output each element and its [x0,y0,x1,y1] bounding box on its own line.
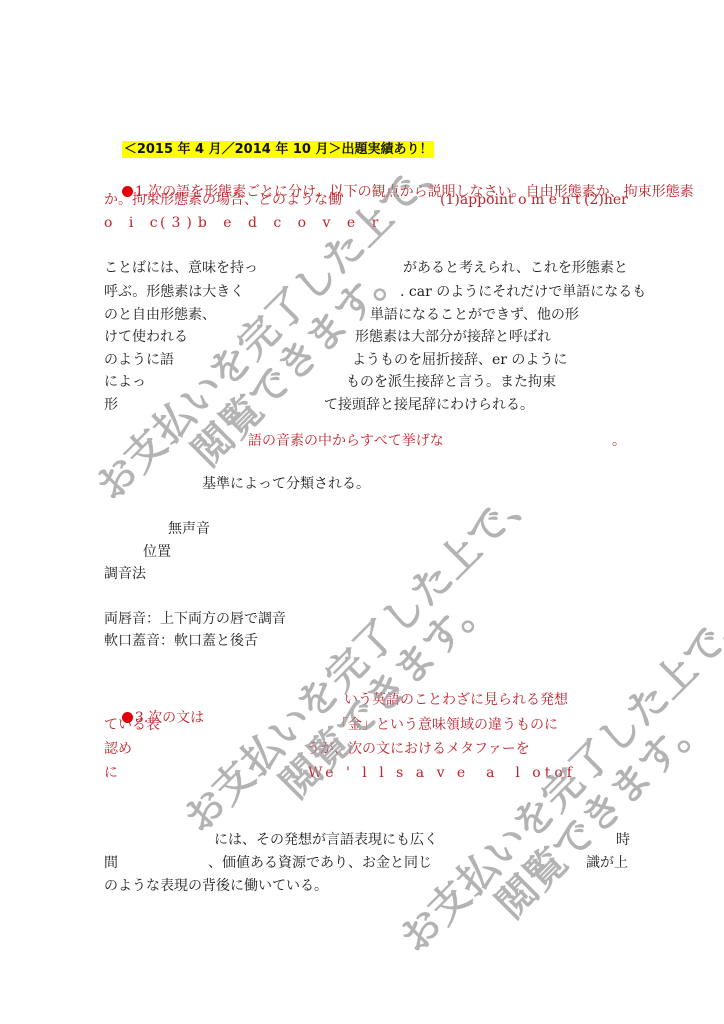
answer-3-line-1: には、その発想が言語表現にも広く [214,831,438,849]
answer-1-line-6-right: ものを派生接辞と言う。また拘束 [346,373,556,391]
answer-3-line-1-end: 時 [616,831,630,849]
question-1-word-2: (2)her [584,191,628,209]
question-3-example-sentence: We ' l l s a v e a l otof [308,764,576,782]
answer-3-line-2-left: 間 [104,854,118,872]
answer-1-line-3-right: 単語になることができず、他の形 [370,306,579,324]
question-3-line-1-right: いう英語のことわざに見られる発想 [344,691,568,709]
answer-1-line-7-right: て接頭辞と接尾辞にわけられる。 [324,396,534,414]
answer-2-def-bilabial: 両唇音：上下両方の唇で調音 [104,610,286,628]
answer-2-item-manner: 調音法 [104,565,146,583]
answer-3-line-2-mid: 、価値ある資源であり、お金と同じ [208,854,432,872]
answer-1-line-2-right: . car のようにそれだけで単語になるも [400,283,646,301]
watermark-middle: お支払いを完了した上で、 閲覧できます。 [176,471,577,872]
answer-3-line-2-end: 識が上 [586,854,628,872]
question-1-word-1: (1)appoint o m e n t [440,191,581,209]
answer-1-line-1-right: があると考えられ、これを形態素と [403,259,628,277]
answer-2-def-velar: 軟口蓋音：軟口蓋と後舌 [104,632,258,650]
question-3-line-2-left: ている表 [104,716,160,734]
answer-3-line-3: のような表現の背後に働いている。 [104,877,328,895]
question-3-line-2-right: 「金」という意味領域の違うものに [334,716,558,734]
question-2-end: 。 [612,432,626,450]
question-1-word-2-cont: o i c [104,214,164,232]
answer-1-line-5-right: ようものを屈折接辞、er のように [352,351,567,369]
watermark-bottom-right: お支払いを完了した上で、 閲覧できます。 [392,591,724,992]
answer-1-line-4-right: 形態素は大部分が接辞と呼ばれ [355,328,551,346]
question-3-line-3-right: うが、次の文におけるメタファーを [306,740,530,758]
answer-1-line-7-left: 形 [104,396,118,414]
answer-1-line-1-left: ことばには、意味を持っ [104,259,258,277]
exam-note-highlight: ＜2015 年 4 月／2014 年 10 月＞出題実績あり！ [122,141,435,158]
question-3-line-4-left: に [104,764,118,782]
question-3-line-3-left: 認め [104,740,132,758]
answer-1-line-3-left: のと自由形態素、 [104,306,216,324]
answer-2-item-place: 位置 [143,543,171,561]
answer-2-intro: 基準によって分類される。 [202,475,370,493]
answer-2-item-voiceless: 無声音 [168,520,210,538]
question-2-text: 語の音素の中からすべて挙げな [248,432,444,450]
document-page: ＜2015 年 4 月／2014 年 10 月＞出題実績あり！ 1.次の語を形態… [0,0,724,1024]
question-1-word-3: (3)b e d c o v e r [160,214,384,232]
answer-1-line-5-left: のように語 [104,351,174,369]
answer-1-line-4-left: けて使われる [104,328,188,346]
answer-1-line-6-left: によっ [104,373,146,391]
question-1-line-2: か。拘束形態素の場合、どのような働 [104,191,342,209]
answer-1-line-2-left: 呼ぶ。形態素は大きく [104,283,244,301]
